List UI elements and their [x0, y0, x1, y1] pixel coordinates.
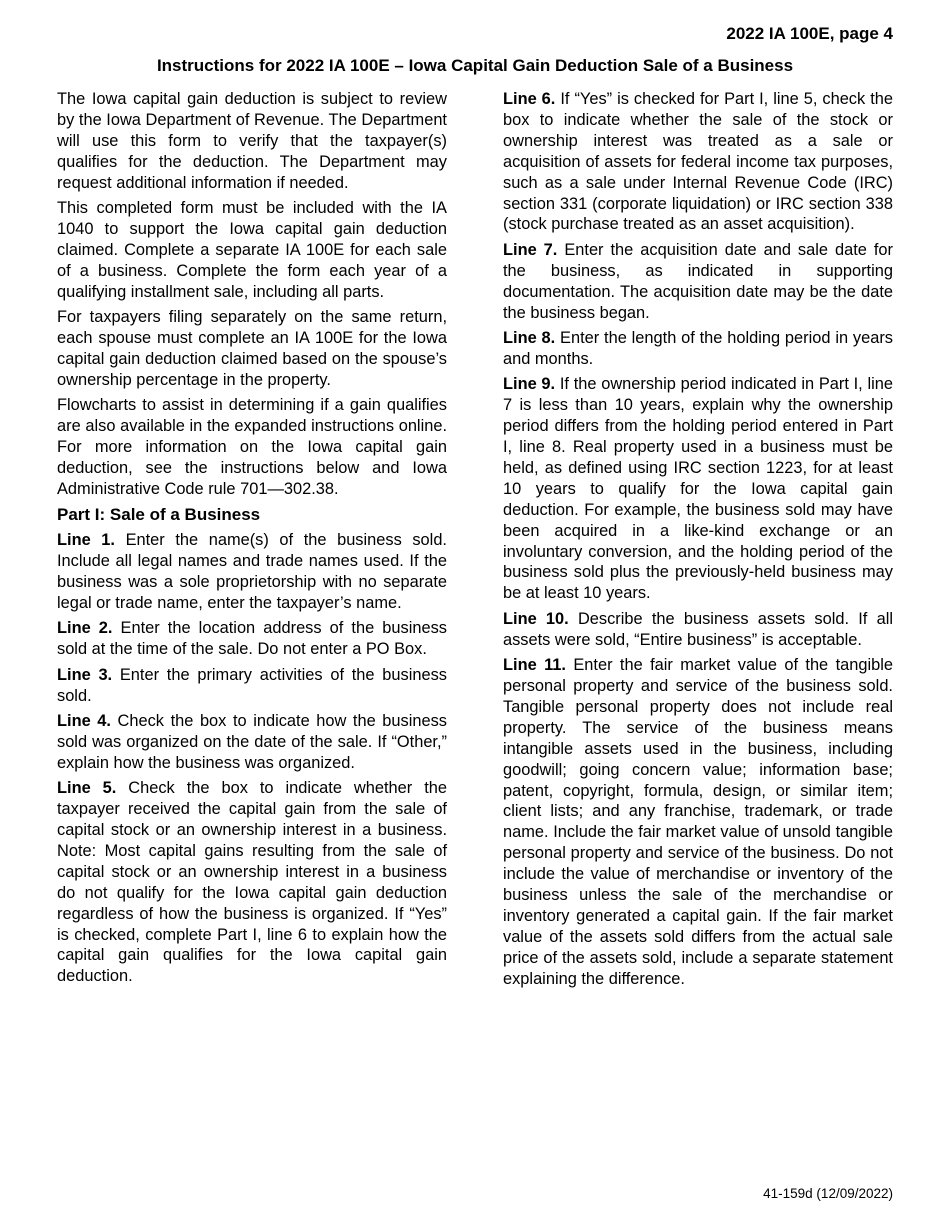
line-9-label: Line 9. [503, 375, 560, 393]
instruction-paragraph-line-3: Line 3. Enter the primary activities of … [57, 665, 447, 707]
instruction-paragraph-line-7: Line 7. Enter the acquisition date and s… [503, 240, 893, 324]
instruction-paragraph-line-9: Line 9. If the ownership period indicate… [503, 374, 893, 604]
line-1-label: Line 1. [57, 531, 126, 549]
line-2-label: Line 2. [57, 619, 121, 637]
right-column: Line 6. If “Yes” is checked for Part I, … [503, 89, 893, 994]
intro-paragraph: The Iowa capital gain deduction is subje… [57, 89, 447, 194]
left-column: The Iowa capital gain deduction is subje… [57, 89, 447, 994]
document-page: 2022 IA 100E, page 4 Instructions for 20… [0, 0, 950, 1230]
instruction-paragraph-line-6: Line 6. If “Yes” is checked for Part I, … [503, 89, 893, 235]
instruction-paragraph-line-4: Line 4. Check the box to indicate how th… [57, 711, 447, 774]
line-6-text: If “Yes” is checked for Part I, line 5, … [503, 90, 893, 233]
instruction-paragraph-line-11: Line 11. Enter the fair market value of … [503, 655, 893, 990]
instruction-paragraph-line-1: Line 1. Enter the name(s) of the busines… [57, 530, 447, 614]
two-column-layout: The Iowa capital gain deduction is subje… [57, 89, 893, 994]
line-6-label: Line 6. [503, 90, 560, 108]
line-8-label: Line 8. [503, 329, 560, 347]
line-9-text: If the ownership period indicated in Par… [503, 375, 893, 602]
instruction-paragraph-line-5: Line 5. Check the box to indicate whethe… [57, 778, 447, 987]
paragraph-text: This completed form must be included wit… [57, 199, 447, 301]
intro-paragraph: Flowcharts to assist in determining if a… [57, 395, 447, 500]
intro-paragraph: This completed form must be included wit… [57, 198, 447, 303]
form-code-footer: 41-159d (12/09/2022) [763, 1186, 893, 1202]
instruction-paragraph-line-10: Line 10. Describe the business assets so… [503, 609, 893, 651]
intro-paragraph: For taxpayers filing separately on the s… [57, 307, 447, 391]
instruction-paragraph-line-8: Line 8. Enter the length of the holding … [503, 328, 893, 370]
instruction-paragraph-line-2: Line 2. Enter the location address of th… [57, 618, 447, 660]
line-11-text: Enter the fair market value of the tangi… [503, 656, 893, 988]
page-number-header: 2022 IA 100E, page 4 [57, 24, 893, 44]
paragraph-text: Flowcharts to assist in determining if a… [57, 396, 447, 498]
document-title: Instructions for 2022 IA 100E – Iowa Cap… [57, 56, 893, 76]
paragraph-text: The Iowa capital gain deduction is subje… [57, 90, 447, 192]
section-heading-part-1: Part I: Sale of a Business [57, 504, 447, 525]
line-8-text: Enter the length of the holding period i… [503, 329, 893, 368]
paragraph-text: For taxpayers filing separately on the s… [57, 308, 447, 389]
line-7-label: Line 7. [503, 241, 564, 259]
line-5-text: Check the box to indicate whether the ta… [57, 779, 447, 985]
line-3-label: Line 3. [57, 666, 120, 684]
line-10-label: Line 10. [503, 610, 578, 628]
line-4-label: Line 4. [57, 712, 118, 730]
line-5-label: Line 5. [57, 779, 128, 797]
line-11-label: Line 11. [503, 656, 573, 674]
